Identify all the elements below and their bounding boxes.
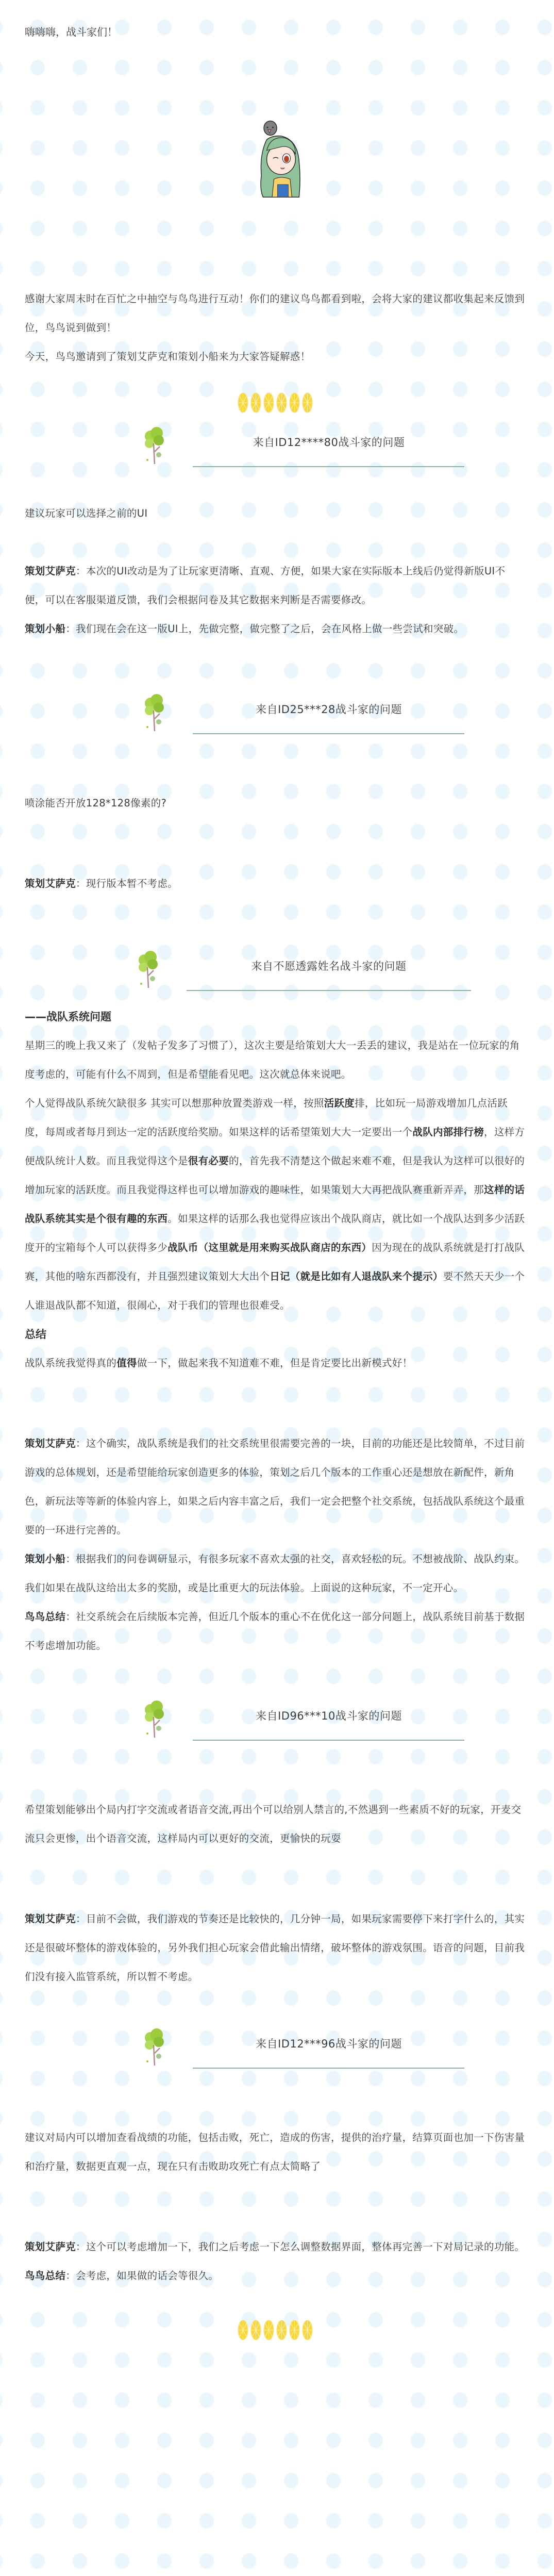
question-header-3: 来自不愿透露姓名战斗家的问题	[25, 950, 525, 994]
answer-boat: 策划小船：我们现在会在这一版UI上，先做完整，做完整了之后，会在风格上做一些尝试…	[25, 615, 525, 643]
answer-isaac: 策划艾萨克：这个可以考虑增加一下，我们之后考虑一下怎么调整数据界面，整体再完善一…	[25, 2233, 525, 2261]
title-underline	[193, 1740, 464, 1741]
answer-isaac: 策划艾萨克：目前不会做，我们游戏的节奏还是比较快的，几分钟一局，如果玩家需要停下…	[25, 1905, 525, 1991]
lemon-slice-icon	[302, 2319, 313, 2341]
tree-icon	[143, 2027, 165, 2067]
question-source-title: 来自ID25***28战斗家的问题	[195, 701, 463, 717]
speaker-label: 鸟鸟总结	[25, 1611, 65, 1623]
tree-icon	[143, 693, 165, 732]
speaker-label: 策划艾萨克	[25, 1438, 76, 1449]
question-header-4: 来自ID96***10战斗家的问题	[25, 1699, 525, 1744]
answer-text: 目前不会做，我们游戏的节奏还是比较快的，几分钟一局，如果玩家需要停下来打字什么的…	[25, 1913, 525, 1983]
question-paragraph-2: 个人觉得战队系统欠缺很多 其实可以想那种放置类游戏一样，按照活跃度排，比如玩一局…	[25, 1089, 525, 1320]
intro-paragraph: 感谢大家周末时在百忙之中抽空与鸟鸟进行互动！你们的建议鸟鸟都看到啦，会将大家的建…	[25, 285, 525, 342]
answer-text: 现行版本暂不考虑。	[86, 878, 178, 889]
lemon-slice-icon	[276, 2319, 287, 2341]
topic-subtitle: ——战队系统问题	[25, 1002, 525, 1031]
question-paragraph-1: 星期三的晚上我又来了（发帖子发多了习惯了），这次主要是给策划大大一丢丢的建议，我…	[25, 1031, 525, 1089]
title-underline	[193, 2068, 464, 2069]
lemon-slice-icon	[250, 392, 261, 414]
mascot-image-container	[25, 114, 525, 233]
lemon-slice-icon	[238, 392, 248, 414]
lemon-slice-icon	[289, 2319, 300, 2341]
lemon-divider-bottom	[25, 2319, 525, 2341]
answer-text: 我们现在会在这一版UI上，先做完整，做完整了之后，会在风格上做一些尝试和突破。	[76, 623, 464, 635]
answer-isaac: 策划艾萨克：本次的UI改动是为了让玩家更清晰、直观、方便，如果大家在实际版本上线…	[25, 557, 525, 615]
title-underline	[193, 733, 464, 734]
question-header-5: 来自ID12***96战斗家的问题	[25, 2027, 525, 2072]
greeting-text: 嗨嗨嗨，战斗家们！	[25, 0, 525, 42]
lemon-slice-icon	[302, 392, 313, 414]
summary-paragraph: 战队系统我觉得真的值得做一下，做起来我不知道难不难，但是肯定要比出新模式好！	[25, 1349, 525, 1378]
lemon-slice-icon	[263, 2319, 274, 2341]
speaker-label: 鸟鸟总结	[25, 2270, 65, 2282]
answer-text: 会考虑，如果做的话会等很久。	[76, 2270, 219, 2282]
speaker-label: 策划艾萨克	[25, 1913, 76, 1925]
article-page: 嗨嗨嗨，战斗家们！ 感谢大家周末时在百忙之中抽空与鸟鸟进行互动！你们的建议鸟鸟都…	[0, 0, 554, 2372]
speaker-label: 策划小船	[25, 1553, 65, 1565]
answer-text: 这个可以考虑增加一下，我们之后考虑一下怎么调整数据界面，整体再完善一下对局记录的…	[86, 2241, 525, 2253]
speaker-label: 策划小船	[25, 623, 65, 635]
question-text: 喷涂能否开放128*128像素的?	[25, 789, 525, 818]
question-text: 建议对局内可以增加查看战绩的功能，包括击败，死亡，造成的伤害，提供的治疗量，结算…	[25, 2123, 525, 2181]
speaker-label: 策划艾萨克	[25, 2241, 76, 2253]
lemon-divider-top	[25, 392, 525, 414]
summary-heading: 总结	[25, 1320, 525, 1349]
answer-text: 社交系统会在后续版本完善，但近几个版本的重心不在优化这一部分问题上，战队系统目前…	[25, 1611, 525, 1652]
title-underline	[193, 466, 464, 467]
tree-icon	[143, 1699, 165, 1739]
answer-text: 本次的UI改动是为了让玩家更清晰、直观、方便，如果大家在实际版本上线后仍觉得新版…	[25, 565, 505, 606]
speaker-label: 策划艾萨克	[25, 565, 76, 577]
answer-isaac: 策划艾萨克：现行版本暂不考虑。	[25, 869, 525, 898]
answer-bird-summary: 鸟鸟总结：社交系统会在后续版本完善，但近几个版本的重心不在优化这一部分问题上，战…	[25, 1603, 525, 1660]
lemon-slice-icon	[250, 2319, 261, 2341]
question-source-title: 来自不愿透露姓名战斗家的问题	[195, 958, 463, 973]
title-underline	[187, 990, 471, 991]
question-text: 建议玩家可以选择之前的UI	[25, 499, 525, 528]
lemon-slice-icon	[263, 392, 274, 414]
question-header-2: 来自ID25***28战斗家的问题	[25, 693, 525, 737]
answer-bird-summary: 鸟鸟总结：会考虑，如果做的话会等很久。	[25, 2261, 525, 2290]
tree-icon	[137, 950, 159, 989]
lemon-slice-icon	[289, 392, 300, 414]
mascot-girl-with-bird-image	[246, 114, 313, 233]
answer-text: 根据我们的问卷调研显示，有很多玩家不喜欢太强的社交，喜欢轻松的玩。不想被战阶、战…	[25, 1553, 525, 1594]
question-source-title: 来自ID12****80战斗家的问题	[195, 434, 463, 450]
lemon-slice-icon	[276, 392, 287, 414]
speaker-label: 策划艾萨克	[25, 878, 76, 889]
lemon-slice-icon	[238, 2319, 248, 2341]
answer-text: 这个确实，战队系统是我们的社交系统里很需要完善的一块，目前的功能还是比较简单，不…	[25, 1438, 525, 1536]
article-content: 嗨嗨嗨，战斗家们！ 感谢大家周末时在百忙之中抽空与鸟鸟进行互动！你们的建议鸟鸟都…	[0, 0, 554, 2372]
intro-invite-paragraph: 今天，鸟鸟邀请到了策划艾萨克和策划小船来为大家答疑解惑！	[25, 342, 525, 371]
question-text: 希望策划能够出个局内打字交流或者语音交流,再出个可以给别人禁言的,不然遇到一些素…	[25, 1795, 525, 1853]
question-source-title: 来自ID96***10战斗家的问题	[195, 1708, 463, 1723]
tree-icon	[143, 426, 165, 465]
answer-isaac: 策划艾萨克：这个确实，战队系统是我们的社交系统里很需要完善的一块，目前的功能还是…	[25, 1429, 525, 1545]
question-header-1: 来自ID12****80战斗家的问题	[25, 426, 525, 470]
question-source-title: 来自ID12***96战斗家的问题	[195, 2036, 463, 2051]
answer-boat: 策划小船：根据我们的问卷调研显示，有很多玩家不喜欢太强的社交，喜欢轻松的玩。不想…	[25, 1545, 525, 1603]
